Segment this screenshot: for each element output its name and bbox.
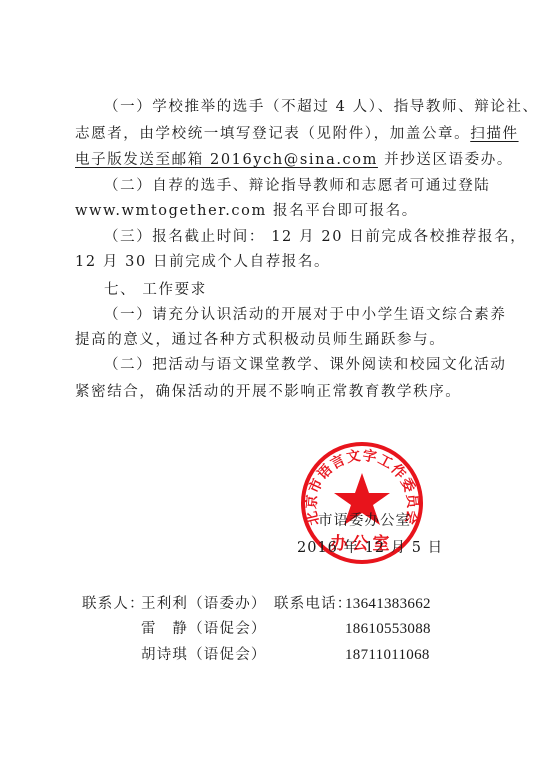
contact-phone-3: 18711011068 xyxy=(345,645,430,665)
para-1-line-3-tail: 并抄送区语委办。 xyxy=(378,152,513,168)
para-2-line-2: www.wmtogether.com 报名平台即可报名。 xyxy=(75,201,418,221)
underlined-text: 扫描件 xyxy=(470,126,518,142)
para-3-line-2: 12 月 30 日前完成个人自荐报名。 xyxy=(75,252,330,272)
contact-name-1: 王利利（语委办） xyxy=(141,594,267,614)
section-7-para-2-line-2: 紧密结合，确保活动的开展不影响正常教育教学秩序。 xyxy=(75,382,461,402)
contact-phone-2: 18610553088 xyxy=(345,619,431,639)
contact-name-3: 胡诗琪（语促会） xyxy=(141,645,267,665)
contact-label: 联系人： xyxy=(82,594,145,614)
para-1-line-2-text: 志愿者，由学校统一填写登记表（见附件），加盖公章。 xyxy=(75,126,470,142)
section-7-para-1-line-1: （一）请充分认识活动的开展对于中小学生语文综合素养 xyxy=(104,305,507,325)
section-7-para-1-line-2: 提高的意义，通过各种方式积极动员师生踊跃参与。 xyxy=(75,330,445,350)
contact-name-2: 雷 静（语促会） xyxy=(141,619,267,639)
issue-date: 2016 年 12 月 5 日 xyxy=(297,538,443,558)
para-1-line-3: 电子版发送至邮箱 2016ych@sina.com 并抄送区语委办。 xyxy=(75,150,513,170)
section-7-heading: 七、 工作要求 xyxy=(104,280,207,300)
phone-label: 联系电话： xyxy=(274,594,353,614)
para-3-line-1: （三）报名截止时间： 12 月 20 日前完成各校推荐报名， xyxy=(104,227,526,247)
contact-phone-1: 13641383662 xyxy=(345,594,431,614)
issuing-office: 市语委办公室 xyxy=(318,511,411,531)
email-underlined-text: 电子版发送至邮箱 2016ych@sina.com xyxy=(75,152,378,168)
para-1-line-2: 志愿者，由学校统一填写登记表（见附件），加盖公章。扫描件 xyxy=(75,124,519,144)
para-2-line-1: （二）自荐的选手、辩论指导教师和志愿者可通过登陆 xyxy=(104,176,490,196)
section-7-para-2-line-1: （二）把活动与语文课堂教学、课外阅读和校园文化活动 xyxy=(104,355,507,375)
para-1-line-1: （一）学校推举的选手（不超过 4 人）、指导教师、辩论社、 xyxy=(104,97,539,117)
